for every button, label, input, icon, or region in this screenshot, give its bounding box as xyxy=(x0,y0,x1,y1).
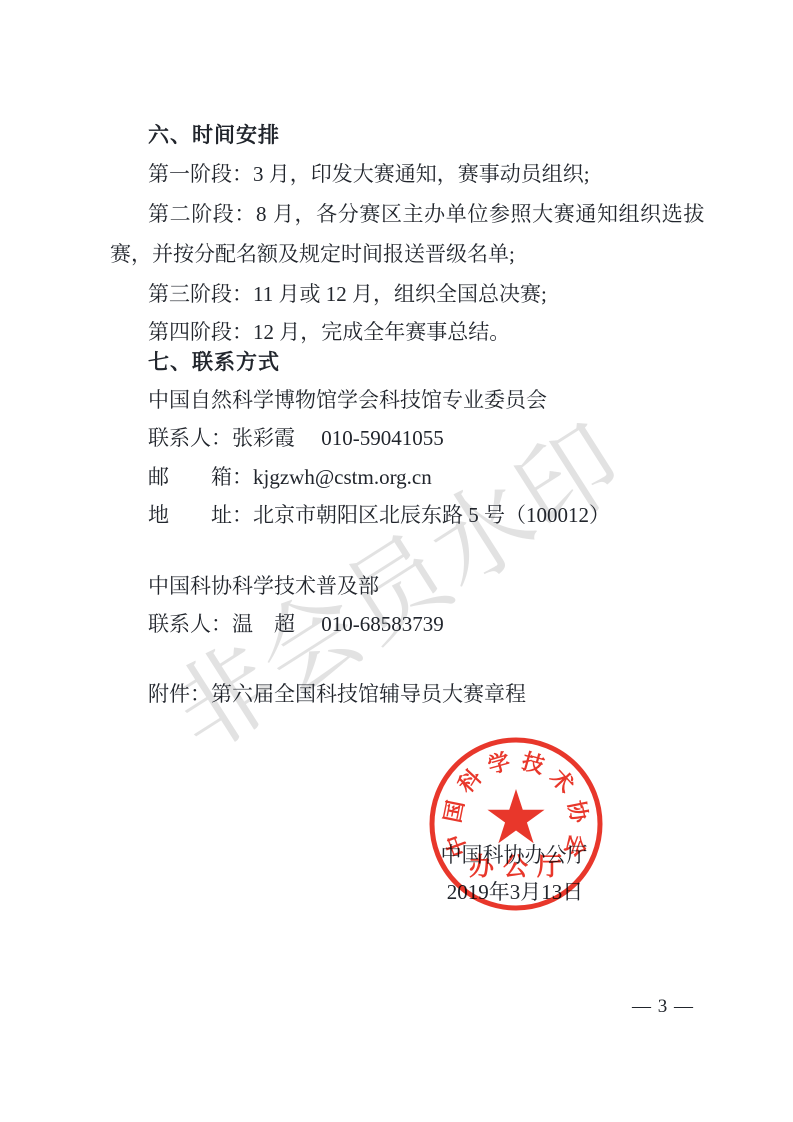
org2-contact-line: 联系人：温 超 010-68583739 xyxy=(148,613,444,636)
seal-arc-char: 学 xyxy=(485,748,513,778)
org1-email-line: 邮 箱：kjgzwh@cstm.org.cn xyxy=(148,466,432,489)
seal-arc-char: 技 xyxy=(519,748,547,778)
org1-name-line: 中国自然科学博物馆学会科技馆专业委员会 xyxy=(148,389,547,412)
seal-arc-char: 术 xyxy=(545,764,579,798)
stage-1-line: 第一阶段：3 月，印发大赛通知，赛事动员组织; xyxy=(148,163,590,186)
section-6-heading: 六、时间安排 xyxy=(148,124,280,147)
stage-2-line-2: 赛，并按分配名额及规定时间报送晋级名单; xyxy=(110,243,515,266)
stage-2-line-1: 第二阶段：8 月，各分赛区主办单位参照大赛通知组织选拔 xyxy=(148,203,705,226)
org1-address-line: 地 址：北京市朝阳区北辰东路 5 号（100012） xyxy=(148,504,610,527)
official-seal: 中 国 科 学 技 术 协 会 办公厅 xyxy=(416,724,616,924)
seal-bottom-text: 办公厅 xyxy=(469,853,571,881)
attachment-line: 附件：第六届全国科技馆辅导员大赛章程 xyxy=(148,683,526,706)
stage-3-line: 第三阶段：11 月或 12 月，组织全国总决赛; xyxy=(148,283,547,306)
seal-arc-char: 科 xyxy=(453,764,487,798)
org1-contact-line: 联系人：张彩霞 010-59041055 xyxy=(148,427,444,450)
seal-arc-char: 中 xyxy=(441,831,472,860)
seal-arc-char: 国 xyxy=(440,798,469,825)
seal-star-icon xyxy=(487,789,544,843)
section-7-heading: 七、联系方式 xyxy=(148,351,280,374)
org2-name-line: 中国科协科学技术普及部 xyxy=(148,575,379,598)
page-number: — 3 — xyxy=(632,996,694,1018)
seal-arc-char: 协 xyxy=(563,798,592,825)
stage-4-line: 第四阶段：12 月，完成全年赛事总结。 xyxy=(148,321,510,344)
document-page: 非会员水印 六、时间安排 第一阶段：3 月，印发大赛通知，赛事动员组织; 第二阶… xyxy=(0,0,793,1122)
